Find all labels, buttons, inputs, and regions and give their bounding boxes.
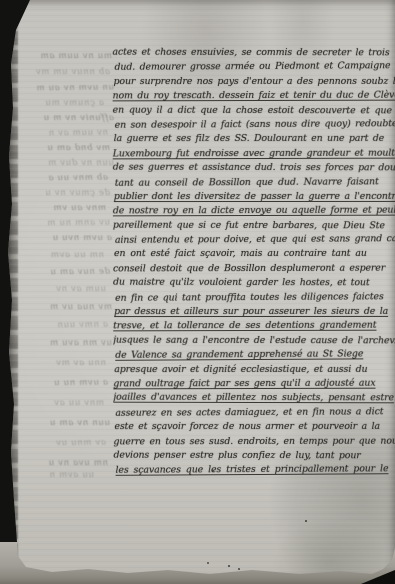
manuscript-line: de Valence sa grandement apprehensé au S… xyxy=(115,347,395,363)
bleedthrough-line: mv bnd am u xyxy=(22,142,110,154)
manuscript-line: en son desespoir il a faict (sans nous d… xyxy=(115,117,395,133)
manuscript-line: en fin ce qui tant prouffita toutes les … xyxy=(115,290,395,306)
text-block: actes et choses ensuivies, se commis de … xyxy=(112,46,395,478)
bleedthrough-line: uum av nv xyxy=(30,283,106,295)
manuscript-line: les sçavances que les tristes et princip… xyxy=(116,462,395,478)
manuscript-line: de ses guerres et assistance dud. trois … xyxy=(113,161,395,176)
bleedthrough-line: av mnu uv xyxy=(26,437,106,450)
manuscript-photo: mu nv uum amab nnuv um mvun uvm nv au ma… xyxy=(0,0,395,584)
ragged-left-edge xyxy=(6,0,18,584)
manuscript-line: este et sçavoir forcez de nous armer et … xyxy=(114,420,395,435)
ink-speck xyxy=(212,470,214,472)
bleedthrough-line: a çnumv mu xyxy=(30,97,104,109)
manuscript-line: jusques le sang a l'encontre de l'estude… xyxy=(113,333,395,348)
manuscript-line: apresque avoir et dignité ecclesiastique… xyxy=(114,363,395,378)
bleedthrough-line: un uvm nv au m xyxy=(14,81,114,94)
bleedthrough-line: nm uva nv u xyxy=(18,457,108,469)
manuscript-line: dud. demourer grosse armée ou Piedmont e… xyxy=(114,60,395,76)
manuscript-line: joailles d'avances et pillentez nos subj… xyxy=(113,391,395,406)
bleedthrough-line: uun nv am u xyxy=(16,417,110,429)
manuscript-line: tresve, et la tollerance de ses detentio… xyxy=(113,319,395,334)
bleedthrough-line: mnv au vm xyxy=(34,202,106,214)
bleedthrough-line: mv nua uv m xyxy=(16,301,112,313)
manuscript-line: grand oultrage faict par ses gens qu'il … xyxy=(113,377,395,392)
bleedthrough-line: nv uum av n xyxy=(36,127,108,140)
manuscript-page: mu nv uum amab nnuv um mvun uvm nv au ma… xyxy=(0,0,395,584)
bleedthrough-line: mnv uu av xyxy=(34,397,104,409)
ink-speck xyxy=(228,565,230,567)
bleedthrough-line: nm uu avm xyxy=(26,249,104,261)
manuscript-line: nom du roy trescath. dessein faiz et ten… xyxy=(113,89,395,104)
manuscript-line: la guerre et ses filz des SS. Doulourant… xyxy=(114,132,395,147)
bleedthrough-line: a nmv uun xyxy=(24,319,108,332)
manuscript-line: devions penser estre plus confiez de luy… xyxy=(113,449,395,464)
manuscript-line: par dessus et ailleurs sur pour asseurer… xyxy=(114,305,395,320)
bleedthrough-line: uu avm n xyxy=(30,469,94,481)
bleedthrough-line: de nuv am u xyxy=(18,266,110,279)
manuscript-line: pareillement que si ce fut entre barbare… xyxy=(113,218,395,233)
bleedthrough-line: uv mn avu m xyxy=(12,337,112,349)
manuscript-line: de nostre roy en la dicte envoye ou aque… xyxy=(113,204,395,219)
manuscript-line: ainsi entendu et pour doive, et que qui … xyxy=(115,232,395,248)
ink-speck xyxy=(207,562,209,564)
bleedthrough-line: ab mnv uu a xyxy=(28,172,108,185)
bleedthrough-line: uun nv duv m xyxy=(12,157,114,169)
manuscript-line: tant au conseil de Bossillon que dud. Na… xyxy=(115,175,395,191)
manuscript-line: guerre en tous ses susd. endroits, en te… xyxy=(113,434,395,449)
bleedthrough-line: uv anm nu m xyxy=(20,217,110,230)
bleedthrough-line: nnu av mv xyxy=(28,357,106,369)
bleedthrough-line: de çmuv nv u xyxy=(16,187,110,199)
manuscript-line: en quoy il a dict que la chose estoit de… xyxy=(113,103,395,118)
manuscript-line: en ont esté faict sçavoir, mais au contr… xyxy=(114,247,395,262)
manuscript-line: du maistre qu'ilz vouloient garder les h… xyxy=(113,276,395,291)
bleedthrough-line: affuniv nv m u xyxy=(18,112,114,124)
ink-speck xyxy=(238,568,240,570)
ink-speck xyxy=(305,520,307,522)
bleedthrough-line: a uvm nu u xyxy=(20,377,108,390)
manuscript-line: pour surprendre nos pays d'entour a des … xyxy=(114,75,395,90)
bleedthrough-line: a uvm nvu u xyxy=(14,232,112,244)
manuscript-line: publier dont les diversitez de passer la… xyxy=(114,190,395,205)
bleedthrough-line: mu nv uum am xyxy=(16,50,112,62)
manuscript-line: conseil destoit que de Bossillon desplum… xyxy=(113,261,395,276)
manuscript-line: Luxembourg fut endroisse avec grande gra… xyxy=(113,146,395,161)
manuscript-line: asseurez en ses actes damiaguez, et en f… xyxy=(115,405,395,421)
bleedthrough-line: ab nnuv um mv xyxy=(24,66,110,78)
